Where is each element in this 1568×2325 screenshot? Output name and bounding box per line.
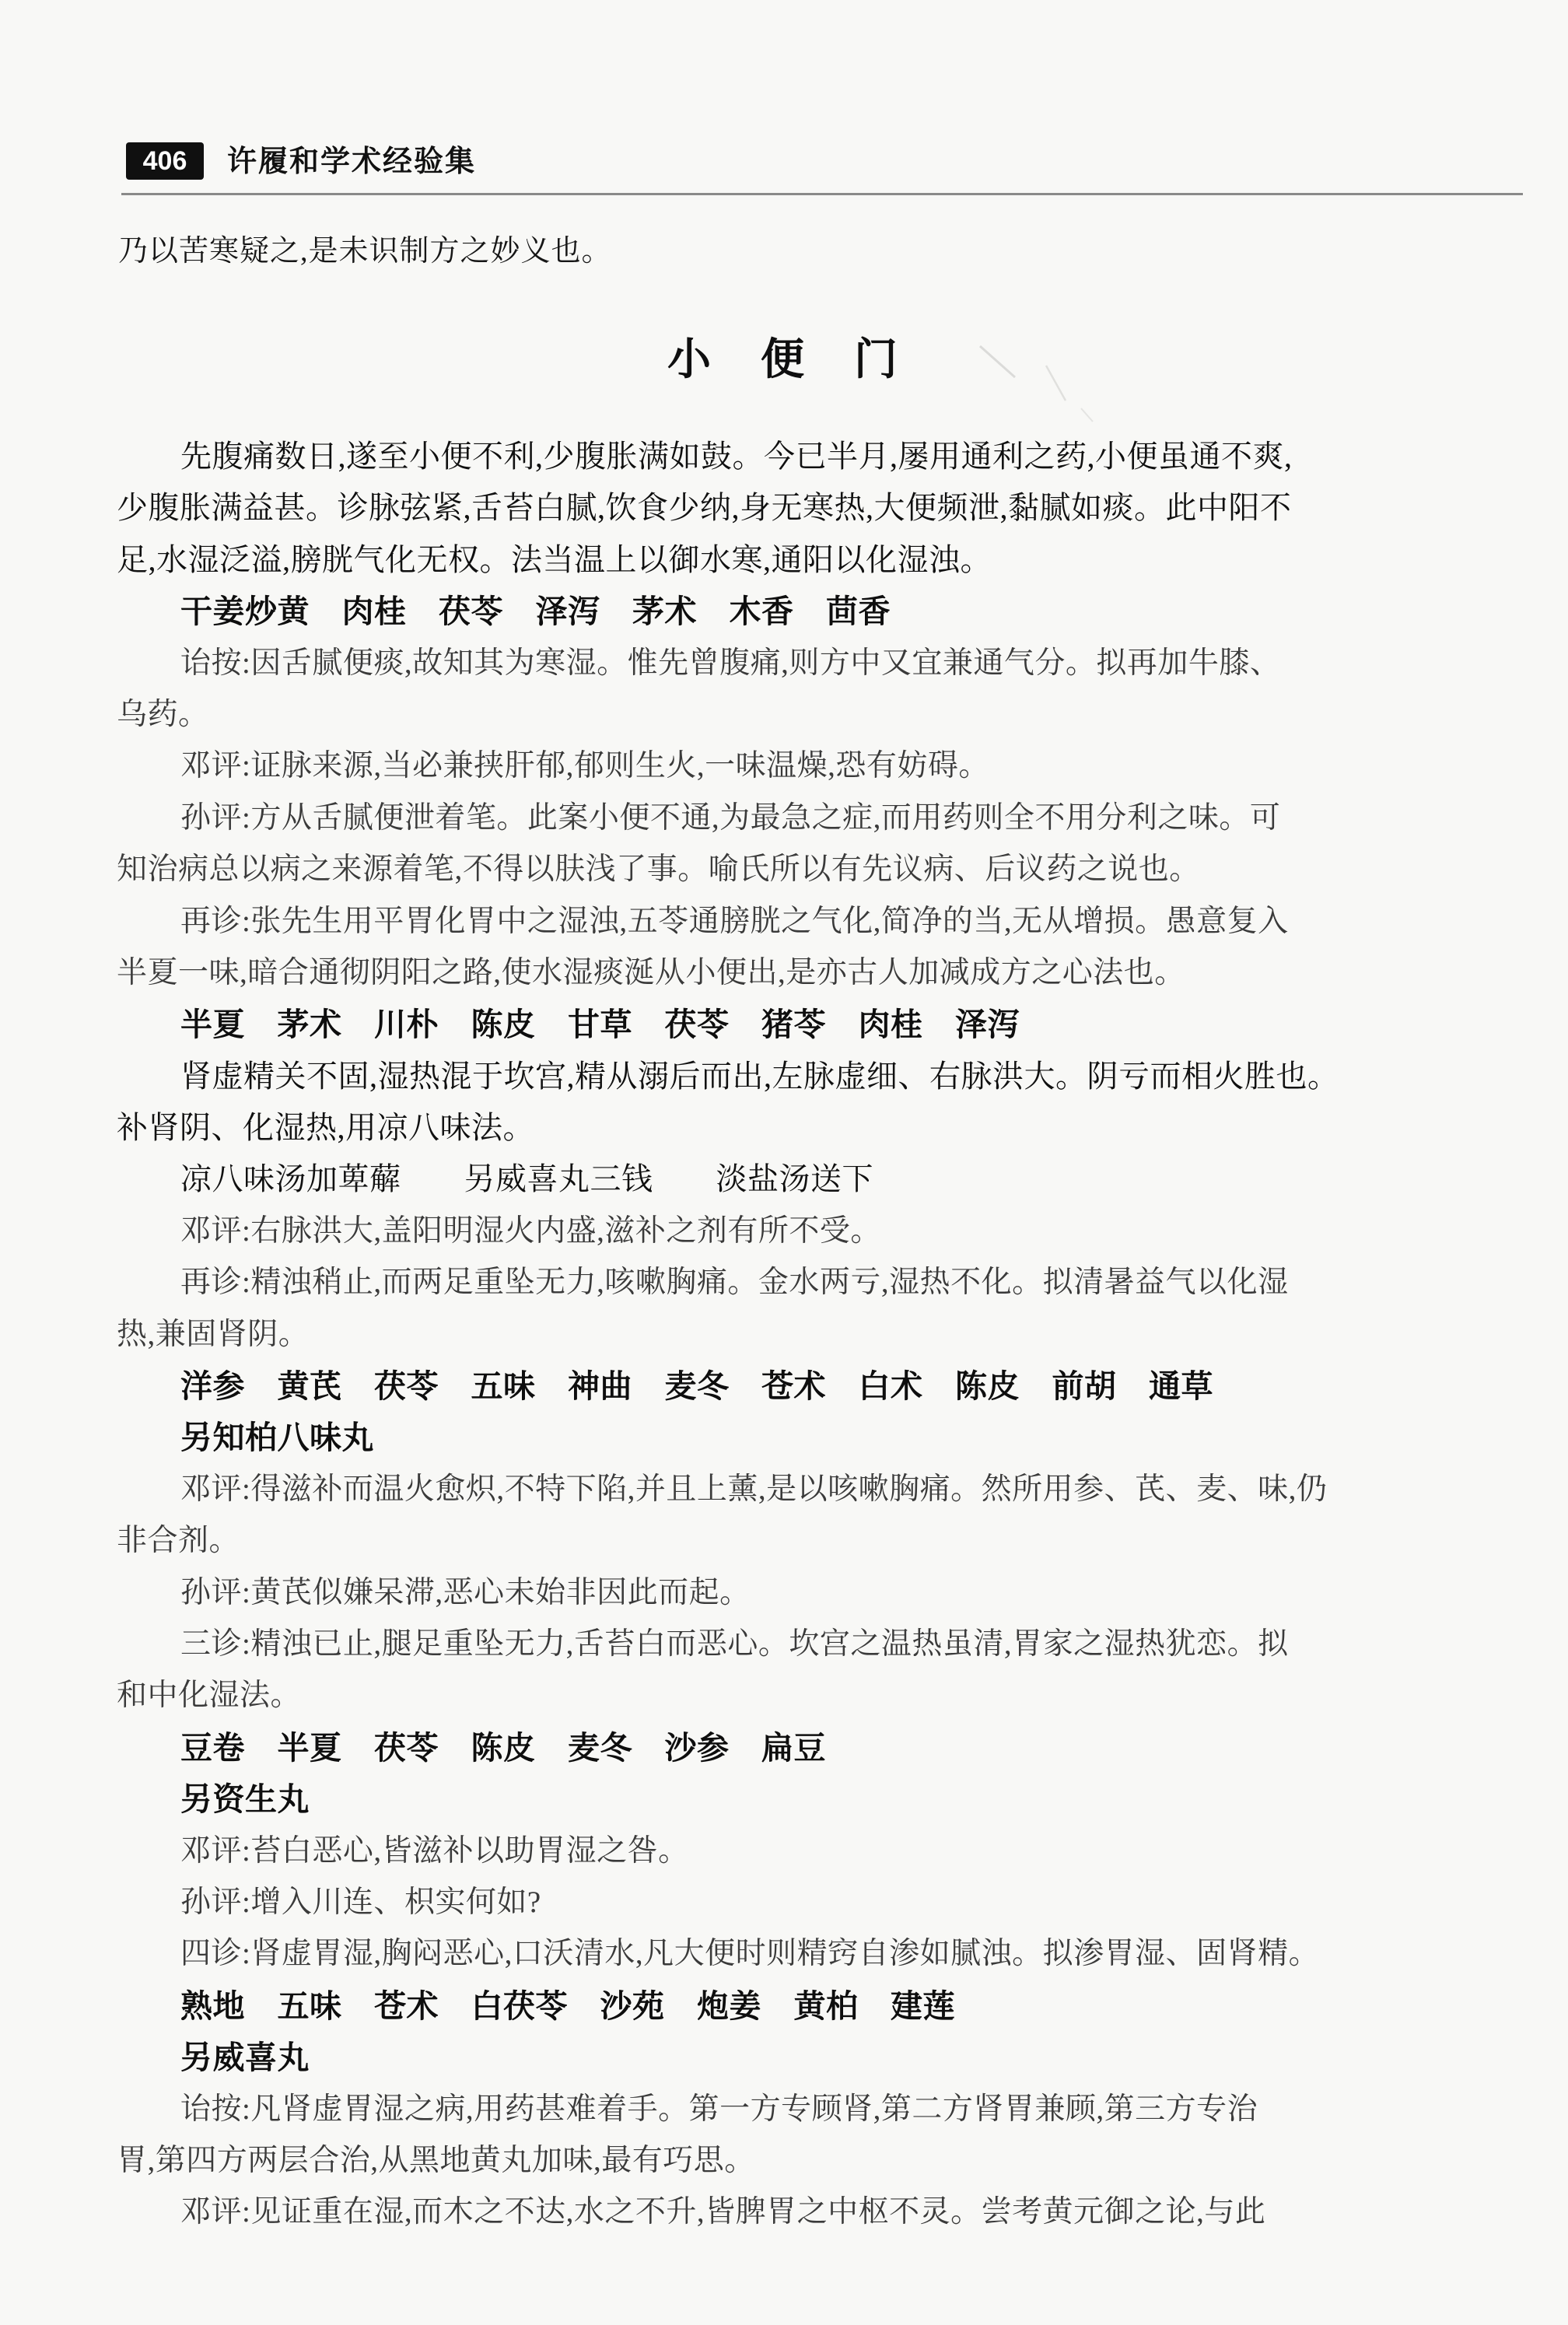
case-text-line: 先腹痛数日,遂至小便不利,少腹胀满如鼓。今已半月,屡用通利之药,小便虽通不爽,: [117, 431, 1540, 482]
book-page: 406 许履和学术经验集 乃以苦寒疑之,是未识制方之妙义也。 小 便 门 先腹痛…: [0, 0, 1568, 2325]
case-text-line: 少腹胀满益甚。诊脉弦紧,舌苔白腻,饮食少纳,身无寒热,大便频泄,黏腻如痰。此中阳…: [117, 482, 1540, 534]
prescription-line: 半夏 茅术 川朴 陈皮 甘草 茯苓 猪苓 肉桂 泽泻: [117, 999, 1540, 1050]
commentary-line: 乌药。: [117, 689, 1540, 741]
commentary-line: 邓评:见证重在湿,而木之不达,水之不升,皆脾胃之中枢不灵。尝考黄元御之论,与此: [117, 2187, 1540, 2238]
section-title: 小 便 门: [0, 325, 1568, 387]
commentary-line: 孙评:黄芪似嫌呆滞,恶心未始非因此而起。: [117, 1567, 1540, 1619]
case-text-line: 足,水湿泛溢,膀胱气化无权。法当温上以御水寒,通阳以化湿浊。: [117, 534, 1540, 586]
prescription-line: 另资生丸: [117, 1774, 1540, 1825]
commentary-line: 诒按:因舌腻便痰,故知其为寒湿。惟先曾腹痛,则方中又宜兼通气分。拟再加牛膝、: [117, 638, 1540, 689]
carryover-text-line: 乃以苦寒疑之,是未识制方之妙义也。: [118, 233, 612, 269]
commentary-line: 半夏一味,暗合通彻阴阳之路,使水湿痰涎从小便出,是亦古人加减成方之心法也。: [117, 947, 1540, 999]
prescription-line: 凉八味汤加萆薢 另威喜丸三钱 淡盐汤送下: [117, 1154, 1540, 1205]
commentary-line: 再诊:张先生用平胃化胃中之湿浊,五苓通膀胱之气化,简净的当,无从增损。愚意复入: [117, 896, 1540, 947]
commentary-line: 再诊:精浊稍止,而两足重坠无力,咳嗽胸痛。金水两亏,湿热不化。拟清暑益气以化湿: [117, 1257, 1540, 1308]
commentary-line: 非合剂。: [117, 1515, 1540, 1567]
commentary-line: 邓评:证脉来源,当必兼挟肝郁,郁则生火,一味温燥,恐有妨碍。: [117, 741, 1540, 792]
commentary-line: 胃,第四方两层合治,从黑地黄丸加味,最有巧思。: [117, 2135, 1540, 2187]
book-title: 许履和学术经验集: [227, 145, 476, 179]
prescription-line: 熟地 五味 苍术 白茯苓 沙苑 炮姜 黄柏 建莲: [117, 1980, 1540, 2032]
commentary-line: 和中化湿法。: [117, 1670, 1540, 1721]
case-text-line: 补肾阴、化湿热,用凉八味法。: [117, 1102, 1540, 1154]
commentary-line: 孙评:增入川连、枳实何如?: [117, 1877, 1540, 1928]
prescription-line: 洋参 黄芪 茯苓 五味 神曲 麦冬 苍术 白术 陈皮 前胡 通草: [117, 1360, 1540, 1412]
body-text: 先腹痛数日,遂至小便不利,少腹胀满如鼓。今已半月,屡用通利之药,小便虽通不爽, …: [117, 431, 1540, 2239]
commentary-line: 邓评:苔白恶心,皆滋补以助胃湿之咎。: [117, 1826, 1540, 1877]
commentary-line: 热,兼固肾阴。: [117, 1309, 1540, 1360]
commentary-line: 三诊:精浊已止,腿足重坠无力,舌苔白而恶心。坎宫之温热虽清,胃家之湿热犹恋。拟: [117, 1619, 1540, 1670]
commentary-line: 知治病总以病之来源着笔,不得以肤浅了事。喻氏所以有先议病、后议药之说也。: [117, 844, 1540, 895]
commentary-line: 四诊:肾虚胃湿,胸闷恶心,口沃清水,凡大便时则精窍自渗如腻浊。拟渗胃湿、固肾精。: [117, 1928, 1540, 1980]
header-divider: [121, 193, 1523, 195]
commentary-line: 诒按:凡肾虚胃湿之病,用药甚难着手。第一方专顾肾,第二方肾胃兼顾,第三方专治: [117, 2084, 1540, 2135]
prescription-line: 豆卷 半夏 茯苓 陈皮 麦冬 沙参 扁豆: [117, 1722, 1540, 1774]
prescription-line: 干姜炒黄 肉桂 茯苓 泽泻 茅术 木香 茴香: [117, 586, 1540, 637]
page-number-badge: 406: [126, 142, 204, 180]
case-text-line: 肾虚精关不固,湿热混于坎宫,精从溺后而出,左脉虚细、右脉洪大。阴亏而相火胜也。: [117, 1051, 1540, 1102]
commentary-line: 邓评:得滋补而温火愈炽,不特下陷,并且上薰,是以咳嗽胸痛。然所用参、芪、麦、味,…: [117, 1464, 1540, 1515]
prescription-line: 另知柏八味丸: [117, 1412, 1540, 1463]
prescription-line: 另威喜丸: [117, 2032, 1540, 2083]
commentary-line: 孙评:方从舌腻便泄着笔。此案小便不通,为最急之症,而用药则全不用分利之味。可: [117, 793, 1540, 844]
commentary-line: 邓评:右脉洪大,盖阳明湿火内盛,滋补之剂有所不受。: [117, 1206, 1540, 1257]
